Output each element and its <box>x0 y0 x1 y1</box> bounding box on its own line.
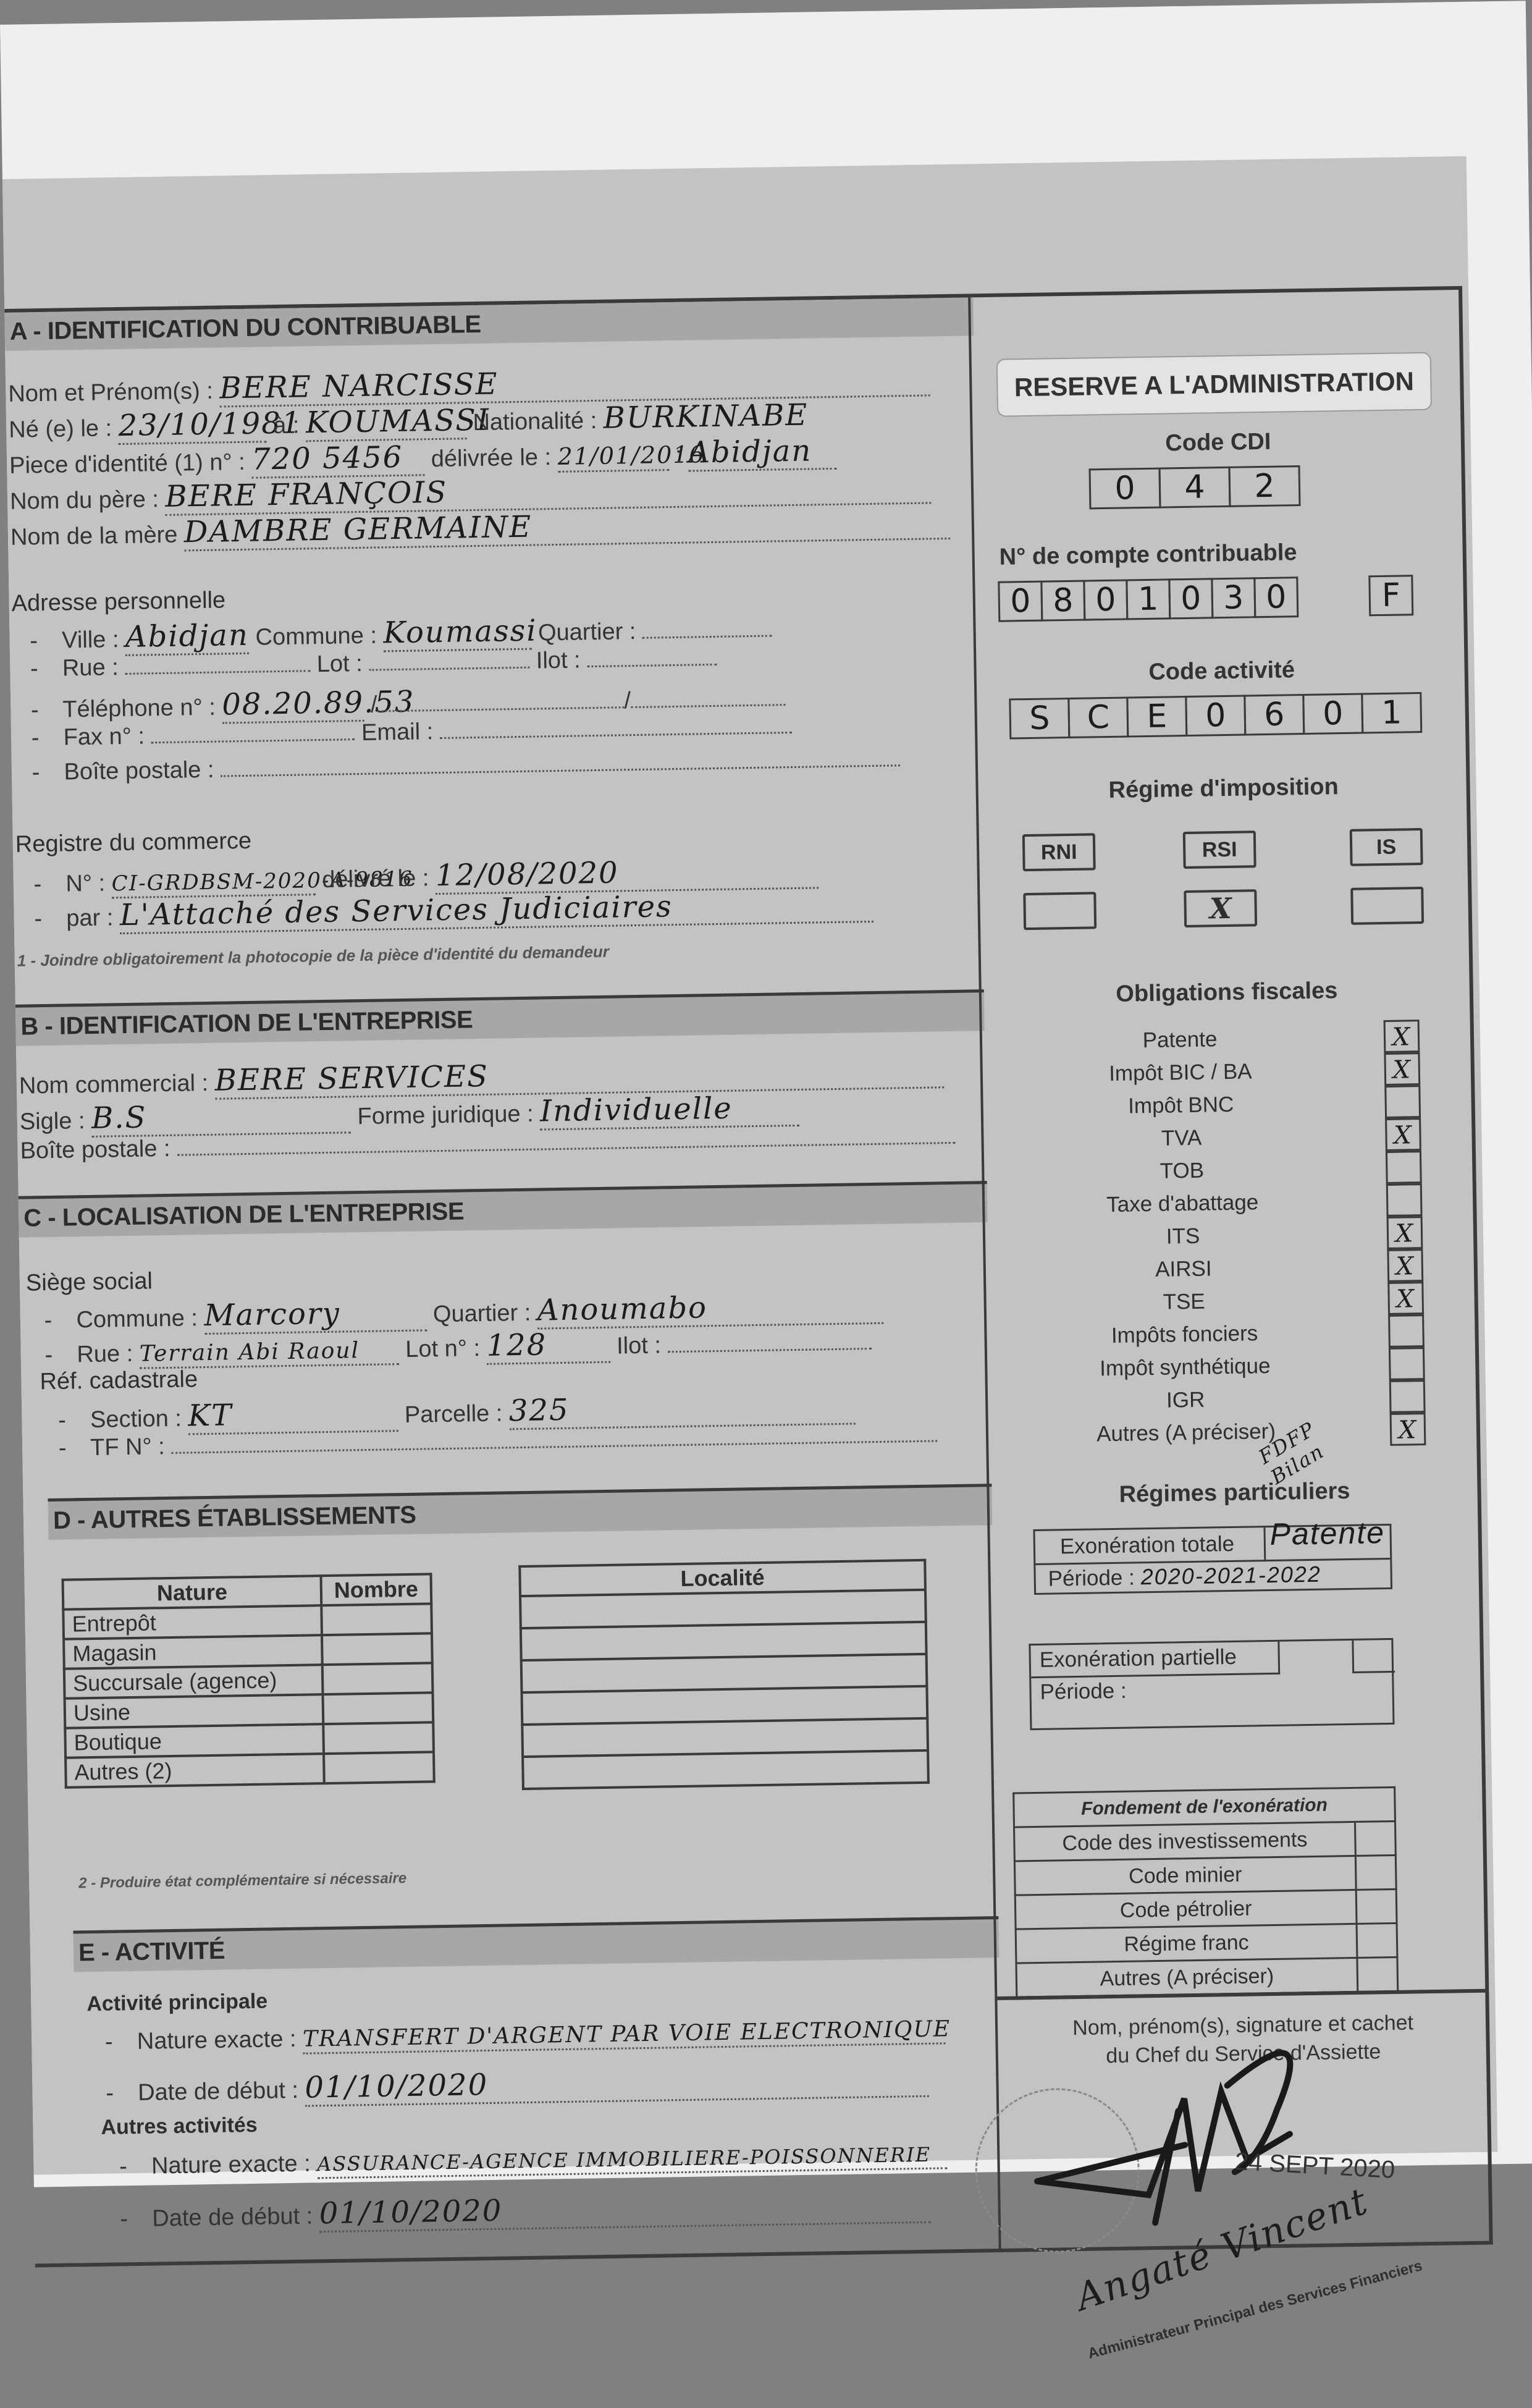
etablissement-nature: Succursale (agence) <box>64 1665 323 1699</box>
exo-totale-label: Exonération totale <box>1060 1532 1235 1559</box>
digit-box: S <box>1009 698 1070 740</box>
date-debut-value: 01/10/2020 <box>305 2068 488 2105</box>
section-b-header: B - IDENTIFICATION DE L'ENTREPRISE <box>15 989 985 1046</box>
digit-box: 6 <box>1244 694 1305 736</box>
telephone-value: 08.20.89.53 <box>222 685 415 722</box>
localite-cell[interactable] <box>523 1751 928 1789</box>
nom-commercial-value: BERE SERVICES <box>214 1059 489 1098</box>
admin-column: RESERVE A L'ADMINISTRATION Code CDI 042 … <box>968 290 1489 2249</box>
ville-label: Ville : <box>62 627 119 653</box>
section-d-header: D - AUTRES ÉTABLISSEMENTS <box>48 1484 992 1540</box>
exo-totale-periode-value: 2020-2021-2022 <box>1140 1561 1321 1591</box>
telephone-label: Téléphone n° : <box>62 695 216 723</box>
adresse-title: Adresse personnelle <box>11 587 225 617</box>
mere-value: DAMBRE GERMAINE <box>183 510 532 550</box>
digit-box: 3 <box>1211 577 1256 619</box>
siege-title: Siège social <box>26 1268 153 1296</box>
tf-label: TF N° : <box>90 1434 165 1461</box>
digit-box: 0 <box>1253 577 1298 618</box>
footnote-2: 2 - Produire état complémentaire si néce… <box>78 1870 406 1892</box>
delivree-label: délivrée le : <box>431 444 551 472</box>
nature-exacte-label: Nature exacte : <box>137 2026 297 2055</box>
exo-totale-periode-label: Période : <box>1048 1565 1135 1591</box>
siege-commune-value: Marcory <box>204 1296 340 1333</box>
code-cdi-label: Code CDI <box>973 426 1464 460</box>
fondement-checkbox[interactable] <box>1355 1821 1395 1856</box>
quartier-value[interactable] <box>642 635 772 638</box>
nature-header: Nature <box>63 1576 322 1610</box>
obligation-checkbox[interactable]: X <box>1385 1118 1421 1151</box>
obligation-checkbox[interactable]: X <box>1387 1249 1423 1282</box>
fondement-label: Code pétrolier <box>1015 1890 1357 1929</box>
obligations-list: PatenteXImpôt BIC / BAXImpôt BNCTVAXTOBT… <box>970 290 1458 297</box>
fax-label: Fax n° : <box>63 723 145 750</box>
etablissement-nombre[interactable] <box>321 1603 432 1635</box>
obligation-checkbox[interactable]: X <box>1387 1216 1423 1249</box>
section-e-header: E - ACTIVITÉ <box>73 1916 999 1972</box>
fondement-table: Fondement de l'exonération Code des inve… <box>1012 1786 1399 1998</box>
regime-checkbox-is[interactable] <box>1350 887 1424 925</box>
etablissement-nombre[interactable] <box>324 1752 434 1783</box>
pere-value: BERE FRANÇOIS <box>165 475 448 514</box>
cadastre-title: Réf. cadastrale <box>40 1366 198 1395</box>
localite-table: Localité <box>518 1559 930 1790</box>
scan-area: A - IDENTIFICATION DU CONTRIBUABLE Nom e… <box>2 156 1497 2175</box>
parcelle-value: 325 <box>508 1393 569 1429</box>
exo-totale-box: Exonération totale Patente Période : 202… <box>1033 1524 1392 1595</box>
siege-lot-label: Lot n° : <box>405 1335 480 1362</box>
regime-label-is: IS <box>1350 828 1423 866</box>
code-cdi-boxes: 042 <box>1091 465 1301 509</box>
autres-date-label: Date de début : <box>152 2203 313 2231</box>
obligation-checkbox[interactable]: X <box>1384 1020 1420 1053</box>
obligation-checkbox[interactable] <box>1388 1314 1425 1348</box>
obligation-checkbox[interactable]: X <box>1390 1413 1426 1446</box>
lot-label: Lot : <box>317 651 363 677</box>
etablissement-nature: Usine <box>65 1694 324 1728</box>
obligation-checkbox[interactable] <box>1389 1380 1426 1413</box>
digit-box: 8 <box>1040 580 1085 622</box>
etablissement-nature: Entrepôt <box>63 1605 322 1639</box>
fondement-checkbox[interactable] <box>1356 1889 1397 1924</box>
digit-box: 0 <box>998 581 1043 622</box>
sigle-value: B.S <box>91 1100 147 1135</box>
autres-nature-value: ASSURANCE-AGENCE IMMOBILIERE-POISSONNERI… <box>317 2143 931 2176</box>
autres-date-field[interactable]: - Date de début : 01/10/2020 <box>102 2187 931 2236</box>
autres-nature-label: Nature exacte : <box>151 2151 311 2179</box>
ne-label: Né (e) le : <box>9 415 112 443</box>
obligation-checkbox[interactable] <box>1386 1151 1422 1184</box>
section-a-header: A - IDENTIFICATION DU CONTRIBUABLE <box>4 297 974 351</box>
digit-box: E <box>1126 696 1187 738</box>
digit-box: C <box>1067 696 1129 738</box>
etablissements-table: Nature Nombre EntrepôtMagasinSuccursale … <box>62 1573 436 1788</box>
regime-label: Régime d'imposition <box>978 772 1469 806</box>
fondement-row: Code pétrolier <box>1015 1889 1397 1929</box>
pere-label: Nom du père : <box>10 486 159 515</box>
siege-commune-label: Commune : <box>76 1305 198 1333</box>
nature-exacte-value: TRANSFERT D'ARGENT PAR VOIE ELECTRONIQUE <box>303 2016 951 2051</box>
siege-quartier-label: Quartier : <box>433 1300 531 1327</box>
mere-label: Nom de la mère <box>11 522 178 551</box>
nationalite-label: Nationalité : <box>473 408 597 436</box>
admin-title: RESERVE A L'ADMINISTRATION <box>996 352 1432 417</box>
etablissement-nombre[interactable] <box>322 1663 433 1694</box>
commune-label: Commune : <box>255 623 377 651</box>
section-c-header: C - LOCALISATION DE L'ENTREPRISE <box>19 1181 988 1238</box>
bp-field[interactable]: - Boîte postale : <box>14 746 901 787</box>
digit-box: 1 <box>1361 692 1422 734</box>
exo-partielle-periode-label: Période : <box>1040 1679 1127 1705</box>
rc-par-label: par : <box>66 905 114 931</box>
obligation-checkbox[interactable]: X <box>1387 1282 1424 1315</box>
siege-rue-label: Rue : <box>77 1341 133 1367</box>
exo-partielle-label: Exonération partielle <box>1039 1645 1237 1673</box>
registre-title: Registre du commerce <box>15 828 252 858</box>
exo-partielle-box: Exonération partielle Période : <box>1029 1638 1394 1730</box>
section-label: Section : <box>90 1406 182 1433</box>
nom-value: BERE NARCISSE <box>219 366 499 405</box>
nationalite-value: BURKINABE <box>603 398 809 436</box>
quartier-label: Quartier : <box>538 619 636 646</box>
digit-box: 0 <box>1168 578 1213 619</box>
delivree-lieu-value: Abidjan <box>688 433 812 470</box>
etablissement-nature: Boutique <box>65 1724 324 1758</box>
delivree-value: 21/01/2016 <box>557 441 705 470</box>
regime-label-rsi: RSI <box>1183 830 1256 869</box>
siege-ilot-label: Ilot : <box>617 1332 661 1359</box>
sigle-label: Sigle : <box>20 1108 85 1135</box>
commune-value: Koumassi <box>383 613 537 650</box>
regime-checkbox-rsi[interactable]: X <box>1184 889 1257 927</box>
fondement-checkbox[interactable] <box>1357 1923 1397 1958</box>
etablissement-nombre[interactable] <box>323 1692 434 1724</box>
siege-rue-value: Terrain Abi Raoul <box>139 1338 360 1367</box>
scanned-page: A - IDENTIFICATION DU CONTRIBUABLE Nom e… <box>0 1 1532 2187</box>
nom-commercial-label: Nom commercial : <box>19 1070 209 1099</box>
fondement-checkbox[interactable] <box>1357 1957 1398 1992</box>
nombre-header: Nombre <box>321 1574 431 1605</box>
rc-no-label: N° : <box>65 871 105 897</box>
fondement-checkbox[interactable] <box>1355 1855 1396 1890</box>
siege-quartier-value: Anoumabo <box>537 1290 707 1327</box>
code-activite-boxes: SCE0601 <box>1011 692 1422 739</box>
piece-value: 720 5456 <box>251 440 403 477</box>
etablissement-nature: Magasin <box>64 1635 322 1669</box>
email-label: Email : <box>361 719 434 746</box>
rc-delivre-value: 12/08/2020 <box>435 855 618 893</box>
a-label: à : <box>273 412 300 439</box>
ilot-label: Ilot : <box>536 647 581 674</box>
compte-key: F <box>1368 575 1413 616</box>
fondement-label: Code minier <box>1014 1856 1356 1895</box>
exo-totale-value: Patente <box>1269 1515 1385 1552</box>
regime-label-rni: RNI <box>1022 833 1096 871</box>
etablissement-nature: Autres (2) <box>65 1754 324 1788</box>
exo-partielle-checkbox[interactable] <box>1352 1640 1395 1673</box>
a-value: KOUMASSI <box>306 403 490 441</box>
forme-label: Forme juridique : <box>357 1101 534 1130</box>
fondement-row: Code des investissements <box>1014 1821 1396 1861</box>
etablissement-nombre[interactable] <box>323 1722 434 1754</box>
digit-box: 4 <box>1158 467 1231 509</box>
activite-principale-title: Activité principale <box>86 1990 267 2017</box>
obligation-checkbox[interactable]: X <box>1384 1052 1420 1086</box>
rc-delivre-label: délivré le : <box>322 865 429 893</box>
forme-value: Individuelle <box>540 1091 733 1129</box>
etablissement-nombre[interactable] <box>322 1633 432 1665</box>
obligation-row: Autres (A préciser)X <box>988 1412 1479 1452</box>
compte-boxes: 0801030 <box>1000 577 1298 622</box>
digit-box: 0 <box>1302 693 1363 735</box>
etablissement-row: Autres (2) <box>65 1752 434 1787</box>
digit-box: 2 <box>1228 465 1300 507</box>
fondement-row: Code minier <box>1014 1855 1396 1895</box>
regime-options: RNIRSIXIS <box>970 290 1458 297</box>
left-column: A - IDENTIFICATION DU CONTRIBUABLE Nom e… <box>4 297 998 2263</box>
bp-entreprise-label: Boîte postale : <box>20 1136 170 1164</box>
ville-value: Abidjan <box>125 618 250 654</box>
digit-box: 1 <box>1126 578 1171 620</box>
footnote-1: 1 - Joindre obligatoirement la photocopi… <box>17 942 610 971</box>
obligation-checkbox[interactable] <box>1384 1085 1421 1118</box>
declaration-form: A - IDENTIFICATION DU CONTRIBUABLE Nom e… <box>4 286 1493 2268</box>
obligations-label: Obligations fiscales <box>982 976 1473 1010</box>
digit-box: 0 <box>1089 468 1161 510</box>
rue-label: Rue : <box>62 654 119 681</box>
autres-activites-title: Autres activités <box>101 2113 258 2140</box>
obligation-checkbox[interactable] <box>1386 1183 1423 1217</box>
piece-label: Piece d'identité (1) n° : <box>9 449 245 479</box>
nom-label: Nom et Prénom(s) : <box>8 378 213 407</box>
parcelle-label: Parcelle : <box>405 1401 503 1428</box>
siege-lot-value: 128 <box>486 1327 547 1363</box>
fondement-title: Fondement de l'exonération <box>1014 1787 1395 1827</box>
autres-date-value: 01/10/2020 <box>319 2194 502 2231</box>
date-debut-label: Date de début : <box>138 2077 298 2106</box>
nature-exacte-field[interactable]: - Nature exacte : TRANSFERT D'ARGENT PAR… <box>87 2016 945 2058</box>
digit-box: 0 <box>1185 695 1246 737</box>
date-debut-field[interactable]: - Date de début : 01/10/2020 <box>88 2061 929 2110</box>
section-value: KT <box>188 1398 233 1433</box>
regimes-particuliers-label: Régimes particuliers <box>989 1476 1480 1510</box>
fondement-label: Régime franc <box>1016 1924 1357 1963</box>
bp-label: Boîte postale : <box>64 757 214 785</box>
code-activite-label: Code activité <box>976 654 1467 688</box>
autres-nature-field[interactable]: - Nature exacte : ASSURANCE-AGENCE IMMOB… <box>101 2140 947 2182</box>
regime-checkbox-rni[interactable] <box>1023 892 1096 930</box>
compte-label: N° de compte contribuable <box>999 536 1490 570</box>
digit-box: 0 <box>1083 579 1128 620</box>
fondement-row: Régime franc <box>1016 1923 1397 1963</box>
obligation-checkbox[interactable] <box>1389 1347 1425 1380</box>
fondement-label: Code des investissements <box>1014 1822 1356 1861</box>
